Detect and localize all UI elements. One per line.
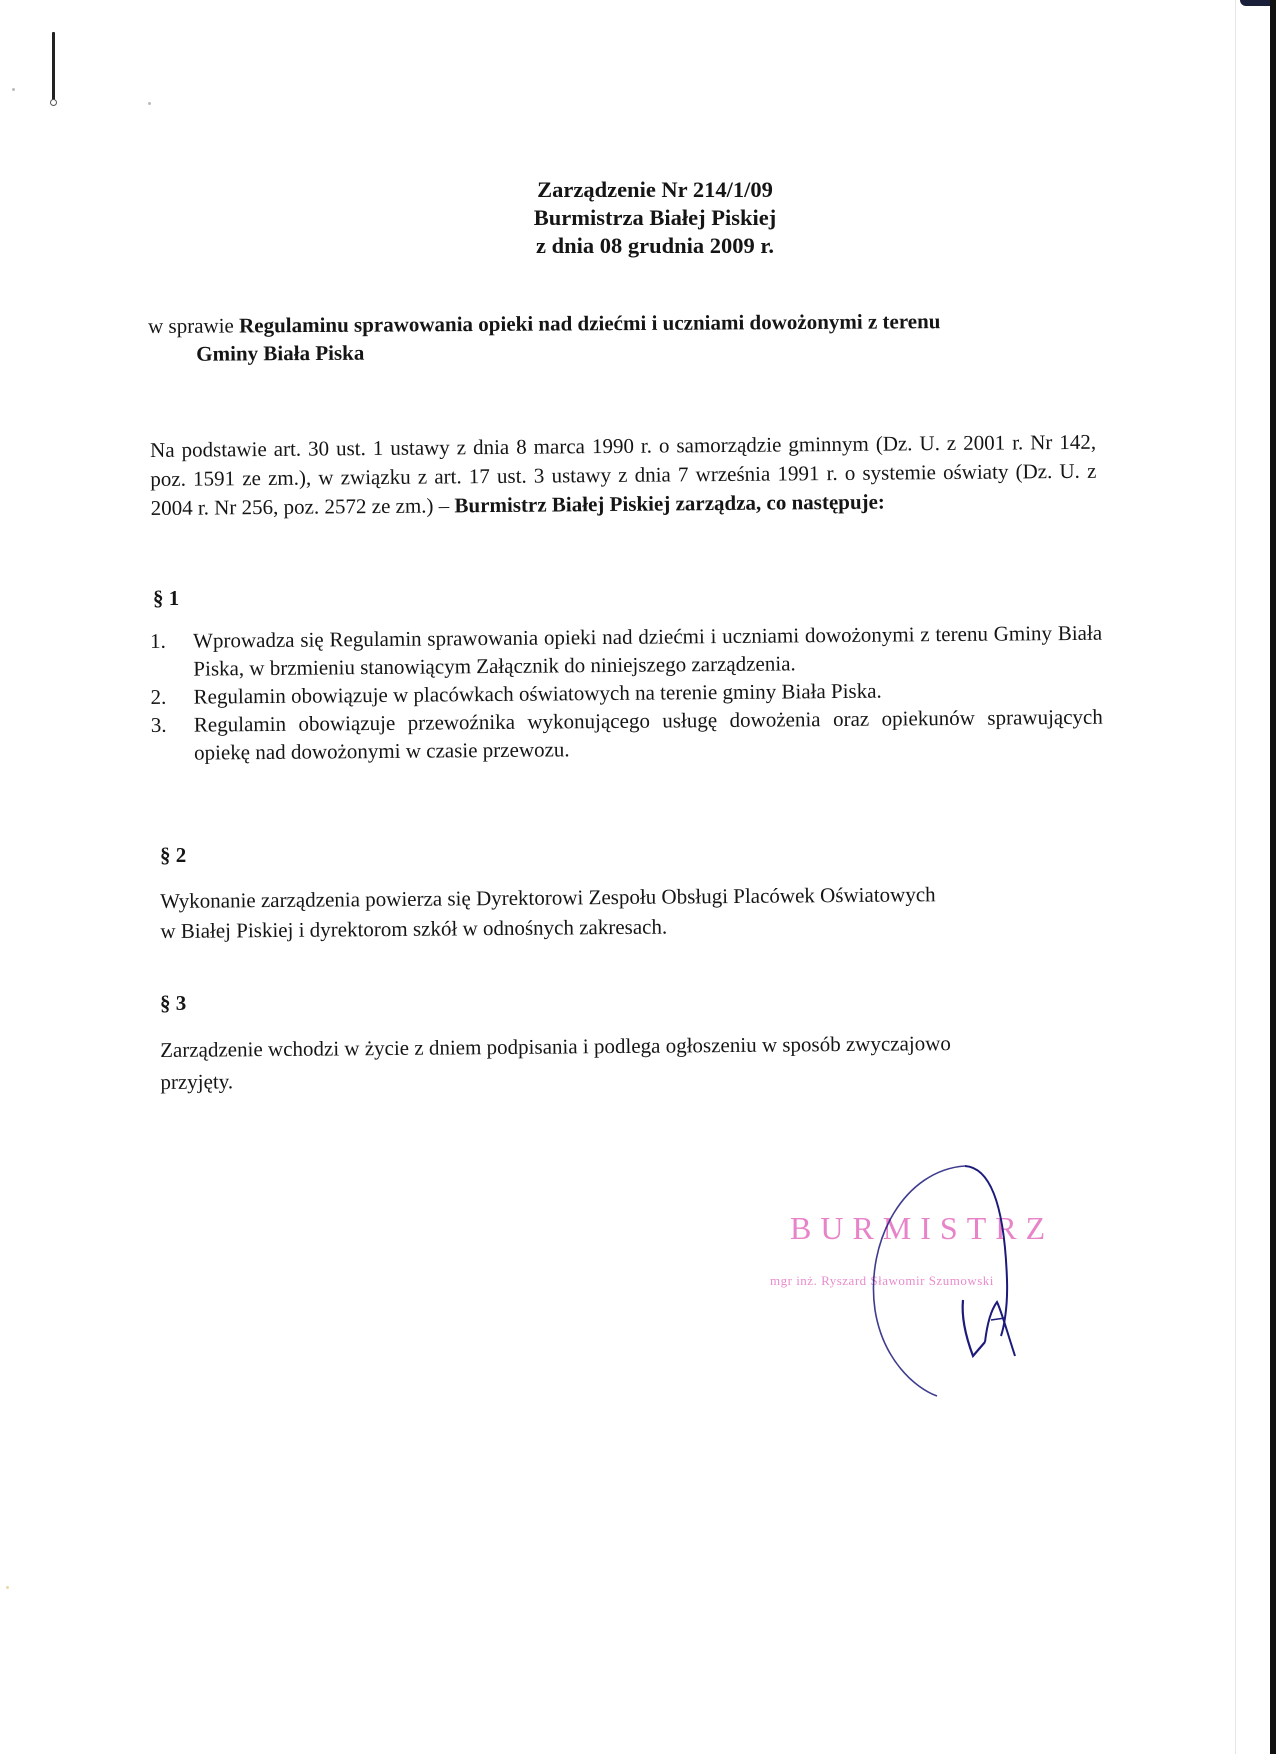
list-item-number: 3.	[151, 711, 194, 767]
title-line-issuer: Burmistrza Białej Piskiej	[35, 204, 1275, 232]
scan-fold-line	[1235, 0, 1236, 1754]
subject-title: Regulaminu sprawowania opieki nad dziećm…	[239, 309, 941, 337]
list-item: 1. Wprowadza się Regulamin sprawowania o…	[150, 619, 1102, 683]
list-item-number: 2.	[150, 683, 193, 711]
subject-title-cont: Gminy Biała Piska	[148, 334, 1098, 368]
section-3-text: Zarządzenie wchodzi w życie z dniem podp…	[160, 1026, 1111, 1098]
document-title: Zarządzenie Nr 214/1/09 Burmistrza Białe…	[0, 176, 1240, 260]
list-item-text: Wprowadza się Regulamin sprawowania opie…	[193, 619, 1102, 683]
subject-prefix: w sprawie	[148, 313, 239, 338]
scan-speck	[148, 102, 151, 105]
section-1-mark: § 1	[153, 586, 179, 611]
scan-speck	[6, 1586, 9, 1589]
handwritten-signature	[845, 1160, 1075, 1400]
section-3-mark: § 3	[160, 991, 186, 1016]
section-1-list: 1. Wprowadza się Regulamin sprawowania o…	[150, 619, 1103, 767]
scan-edge-border	[1270, 0, 1276, 1754]
punch-hole-mark	[50, 99, 57, 106]
section-2-text: Wykonanie zarządzenia powierza się Dyrek…	[160, 878, 1100, 946]
title-line-order-number: Zarządzenie Nr 214/1/09	[35, 176, 1275, 204]
list-item-text: Regulamin obowiązuje przewoźnika wykonuj…	[194, 703, 1103, 767]
section-2-mark: § 2	[160, 843, 186, 868]
staple-mark	[52, 32, 55, 100]
document-subject: w sprawie Regulaminu sprawowania opieki …	[148, 306, 1098, 368]
legal-basis-paragraph: Na podstawie art. 30 ust. 1 ustawy z dni…	[150, 428, 1097, 523]
title-line-date: z dnia 08 grudnia 2009 r.	[35, 232, 1275, 260]
list-item: 3. Regulamin obowiązuje przewoźnika wyko…	[151, 703, 1103, 767]
scan-speck	[12, 88, 15, 91]
legal-basis-decree: Burmistrz Białej Piskiej zarządza, co na…	[454, 490, 885, 518]
list-item-number: 1.	[150, 627, 193, 683]
